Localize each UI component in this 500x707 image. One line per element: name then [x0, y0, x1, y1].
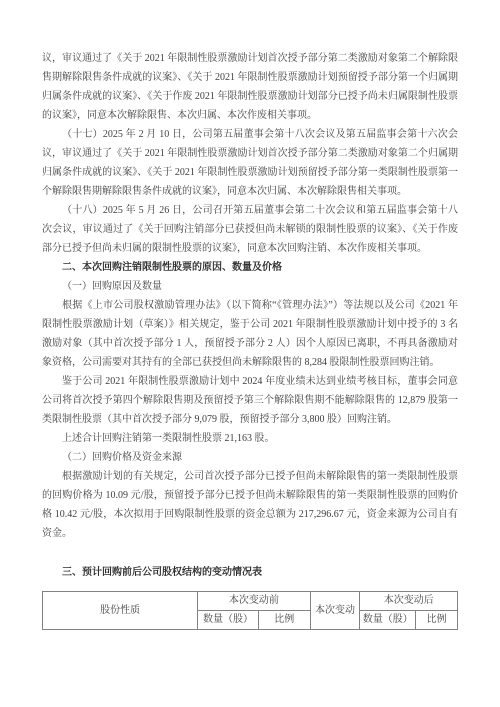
header-cell-ratio-after: 比例	[416, 611, 458, 630]
header-cell-quantity-after: 数量（股）	[360, 611, 416, 630]
header-cell-ratio-before: 比例	[258, 611, 310, 630]
sub2-heading: （二）回购价格及资金来源	[42, 448, 458, 467]
paragraph-repurchase-reason-1: 根据《上市公司股权激励管理办法》（以下简称“《管理办法》”）等法规以及公司《20…	[42, 296, 458, 372]
sub1-heading: （一）回购原因及数量	[42, 277, 458, 296]
header-cell-before-change: 本次变动前	[198, 592, 310, 611]
paragraph-item-18: （十八）2025 年 5 月 26 日，公司召开第五届董事会第二十次会议和第五届…	[42, 201, 458, 258]
paragraph-repurchase-reason-2: 鉴于公司 2021 年限制性股票激励计划中 2024 年度业绩未达到业绩考核目标…	[42, 372, 458, 429]
header-cell-quantity-before: 数量（股）	[198, 611, 259, 630]
paragraph-repurchase-total: 上述合计回购注销第一类限制性股票 21,163 股。	[42, 429, 458, 448]
document-content: 议，审议通过了《关于 2021 年限制性股票激励计划首次授予部分第二类激励对象第…	[0, 0, 500, 630]
equity-structure-table: 股份性质 本次变动前 本次变动 本次变动后 数量（股） 比例 数量（股） 比例	[42, 591, 458, 630]
header-cell-share-type: 股份性质	[43, 592, 198, 630]
section2-heading: 二、本次回购注销限制性股票的原因、数量及价格	[42, 258, 458, 277]
paragraph-continuation: 议，审议通过了《关于 2021 年限制性股票激励计划首次授予部分第二类激励对象第…	[42, 49, 458, 125]
table-header-row-1: 股份性质 本次变动前 本次变动 本次变动后	[43, 592, 458, 611]
paragraph-item-17: （十七）2025 年 2 月 10 日，公司第五届董事会第十八次会议及第五届监事…	[42, 125, 458, 201]
paragraph-price-funding: 根据激励计划的有关规定，公司首次授予部分已授予但尚未解除限售的第一类限制性股票的…	[42, 467, 458, 543]
section3-heading: 三、预计回购前后公司股权结构的变动情况表	[42, 563, 458, 582]
document-page: 议，审议通过了《关于 2021 年限制性股票激励计划首次授予部分第二类激励对象第…	[0, 0, 500, 707]
header-cell-this-change: 本次变动	[310, 592, 360, 630]
header-cell-after-change: 本次变动后	[360, 592, 458, 611]
